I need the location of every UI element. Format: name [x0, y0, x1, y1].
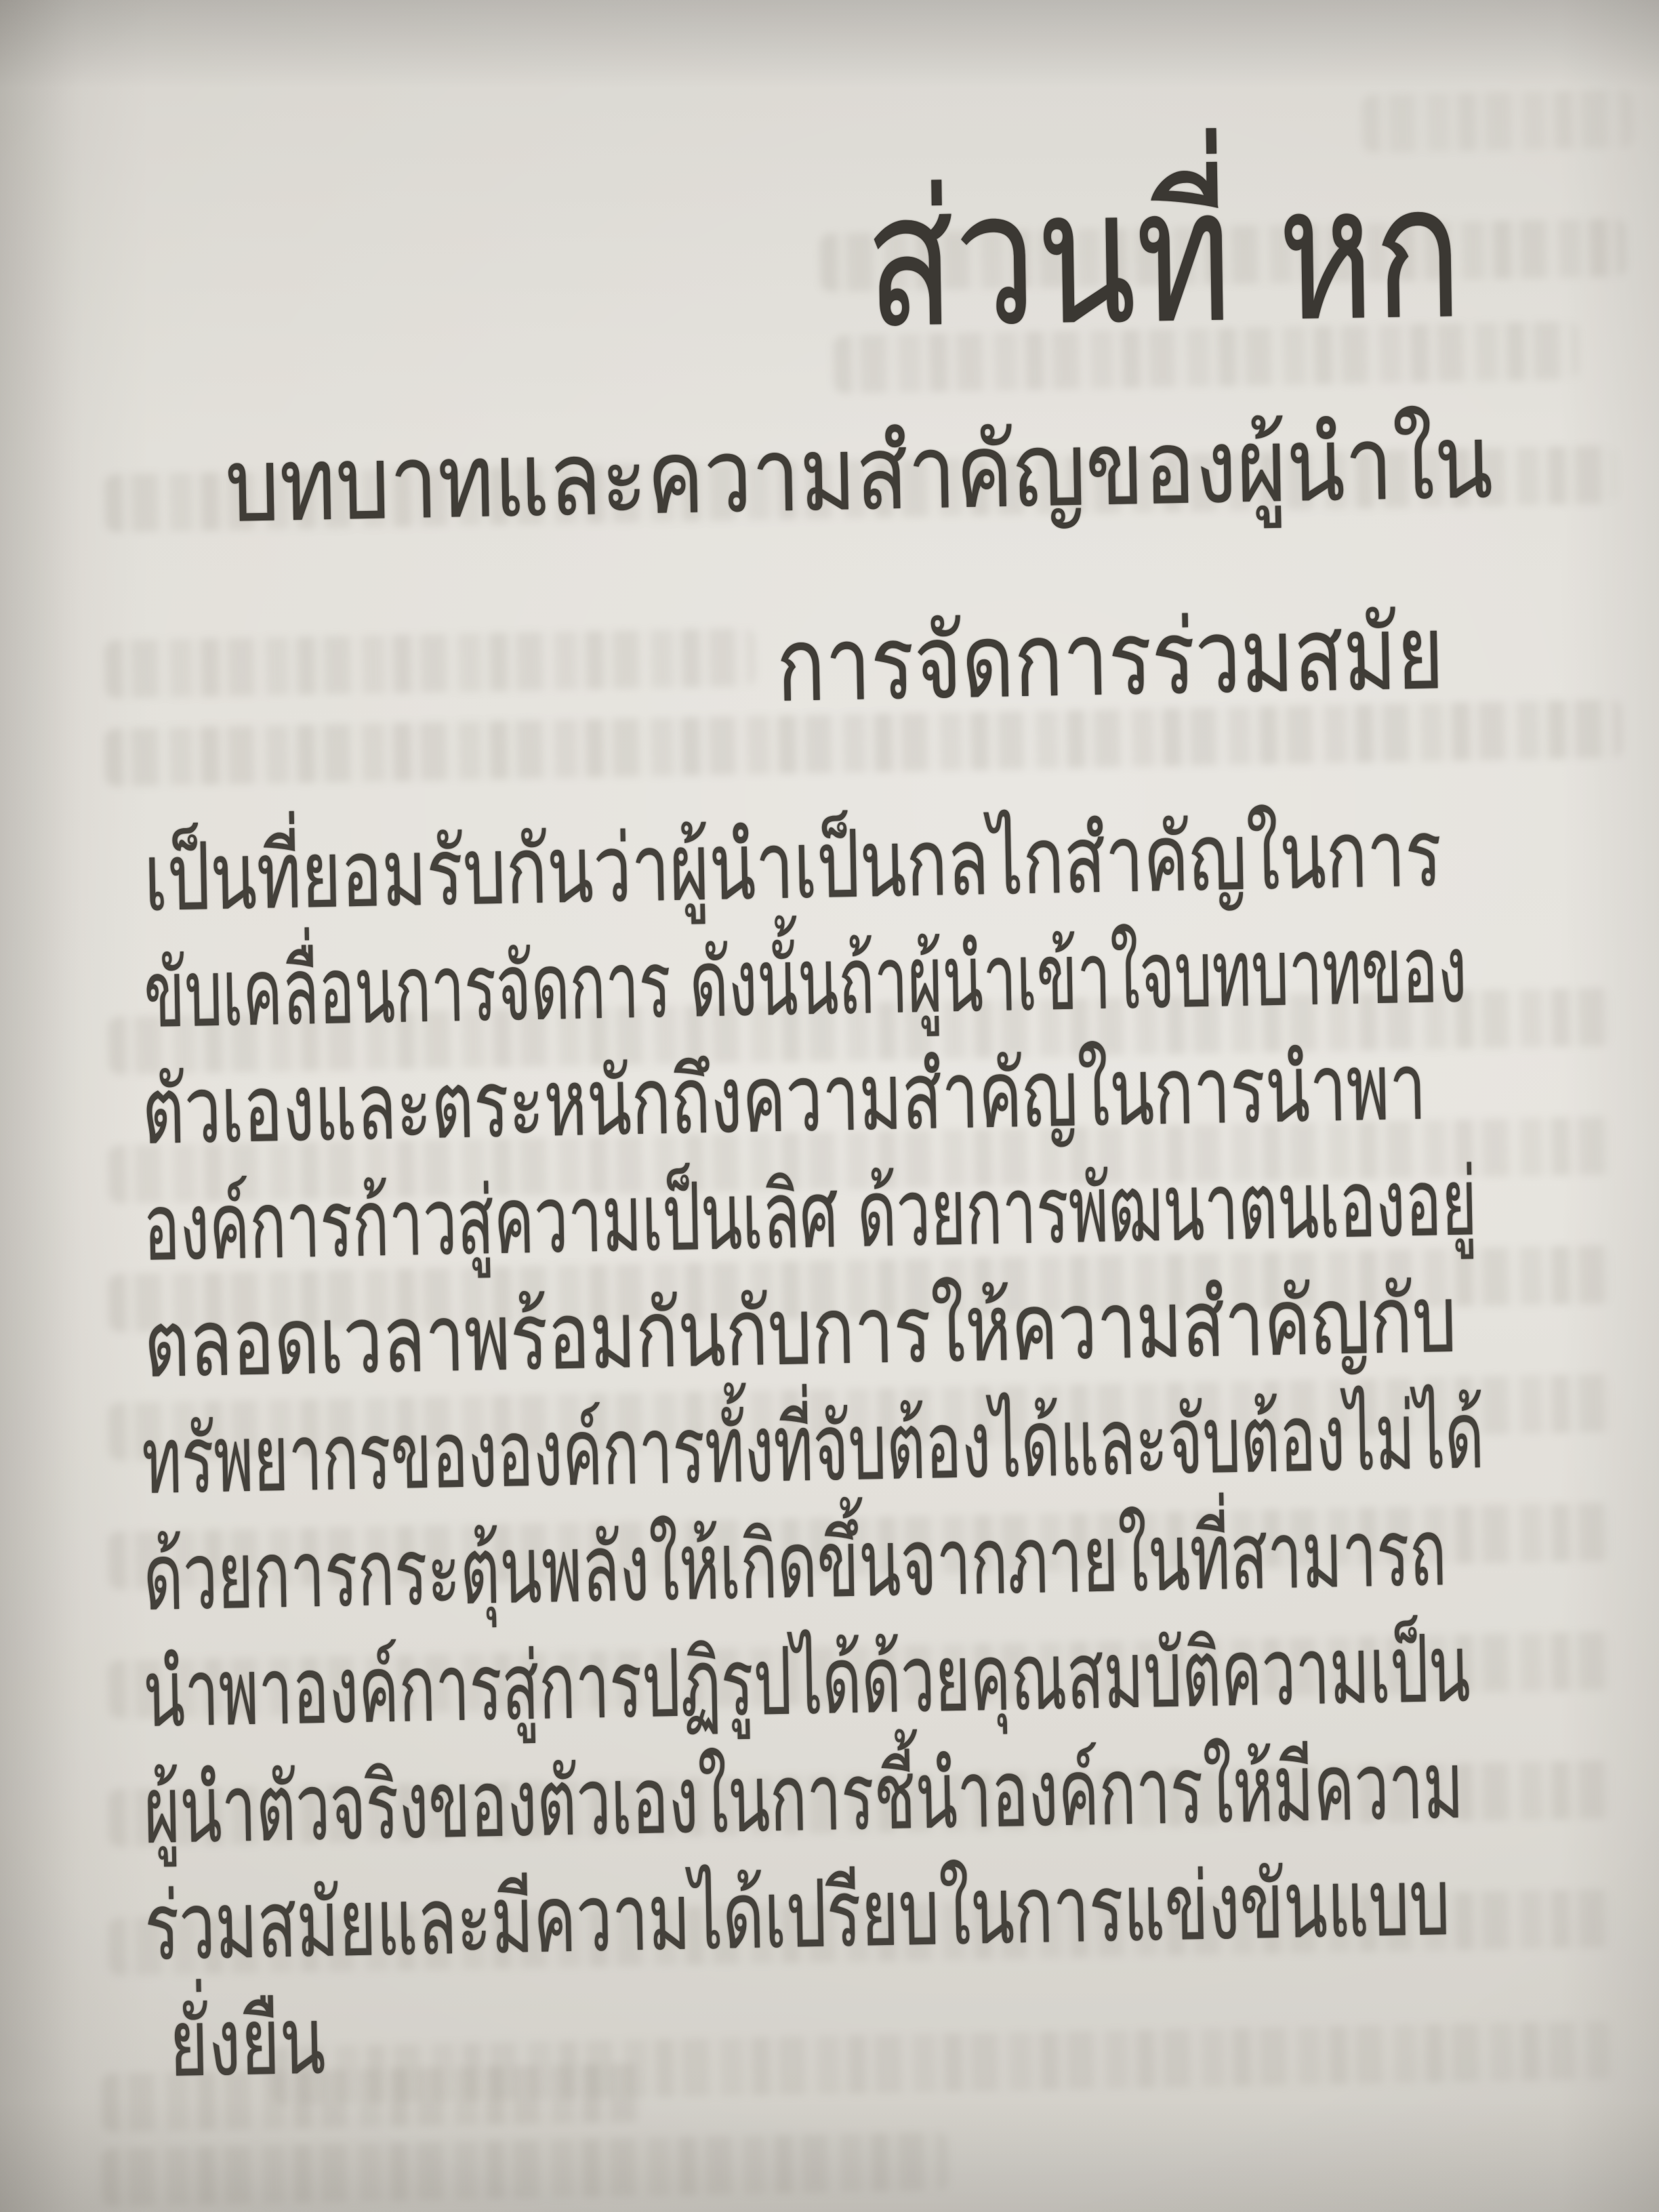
body-line-2: ขับเคลื่อนการจัดการ ดังนั้นถ้าผู้นำเข้าใ…: [143, 923, 1467, 1042]
body-line-7: ด้วยการกระตุ้นพลังให้เกิดขึ้นจากภายในที่…: [142, 1506, 1447, 1624]
body-line-8: นำพาองค์การสู่การปฏิรูปได้ด้วยคุณสมบัติค…: [142, 1622, 1471, 1741]
body-line-4: องค์การก้าวสู่ความเป็นเลิศ ด้วยการพัฒนาต…: [142, 1155, 1477, 1275]
ghost-text-line: [101, 2132, 949, 2207]
body-line-6: ทรัพยากรขององค์การทั้งที่จับต้องได้และจั…: [141, 1389, 1485, 1508]
body-line-5: ตลอดเวลาพร้อมกันกับการให้ความสำคัญกับ: [143, 1273, 1457, 1391]
body-line-10: ร่วมสมัยและมีความได้เปรียบในการแข่งขันแบ…: [144, 1856, 1450, 1974]
part-title: ส่วนที่ หก: [864, 159, 1463, 354]
body-line-11: ยั่งยืน: [168, 1994, 326, 2091]
body-line-9: ผู้นำตัวจริงของตัวเองในการชี้นำองค์การให…: [143, 1739, 1464, 1858]
chapter-heading-line-2: การจัดการร่วมสมัย: [775, 601, 1445, 717]
ghost-text-line: [104, 628, 756, 699]
body-line-1: เป็นที่ยอมรับกันว่าผู้นำเป็นกลไกสำคัญในก…: [143, 806, 1442, 925]
body-line-3: ตัวเองและตระหนักถึงความสำคัญในการนำพา: [141, 1040, 1427, 1158]
chapter-heading-line-1: บทบาทและความสำคัญของผู้นำใน: [224, 410, 1494, 537]
book-page-photo: ส่วนที่ หก บทบาทและความสำคัญของผู้นำใน ก…: [0, 0, 1659, 2212]
